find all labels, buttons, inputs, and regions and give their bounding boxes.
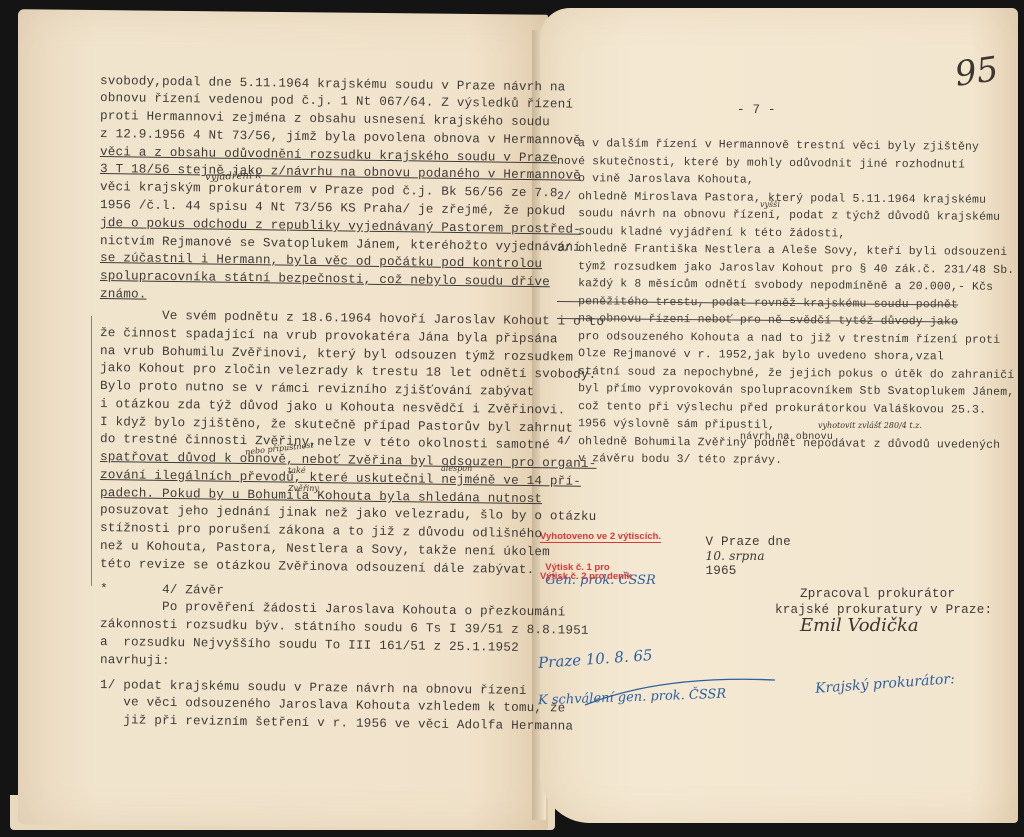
stamp-line-3: Výtisk č. 2 pro deník xyxy=(540,571,632,582)
page-number: - 7 - xyxy=(737,103,776,117)
date-prefix: V Praze dne xyxy=(706,535,791,549)
left-line: navrhuji: xyxy=(100,653,170,668)
left-line: * 4/ Závěr xyxy=(100,582,224,598)
right-line: o vině Jaroslava Kohouta, xyxy=(557,173,754,187)
margin-line xyxy=(91,316,92,586)
signature: Emil Vodička xyxy=(800,615,919,636)
date-line: V Praze dne 10. srpna 1965 xyxy=(690,521,791,578)
left-line: známo. xyxy=(100,287,147,302)
right-line: 1956 výslovně sám připustil, xyxy=(557,418,775,432)
right-line: soudu kladné vyjádření k této žádosti, xyxy=(557,226,846,241)
date-year: 1965 xyxy=(706,564,737,578)
right-line: v závěru bodu 3/ této zprávy. xyxy=(557,453,782,467)
annotation-vyhotovit: vyhotovit zvlášť 280/4 t.z. xyxy=(818,421,922,430)
date-handwritten: 10. srpna xyxy=(706,549,765,563)
pen-stroke xyxy=(580,660,780,710)
stamp-line-2: Výtisk č. 1 pro Gen. prok. ČSSR xyxy=(540,551,656,588)
folio-number: 95 xyxy=(952,49,1000,95)
stamp-line-1: Vyhotoveno ve 2 výtiscích. xyxy=(540,531,661,543)
signature-line-1: Zpracoval prokurátor xyxy=(800,587,955,601)
